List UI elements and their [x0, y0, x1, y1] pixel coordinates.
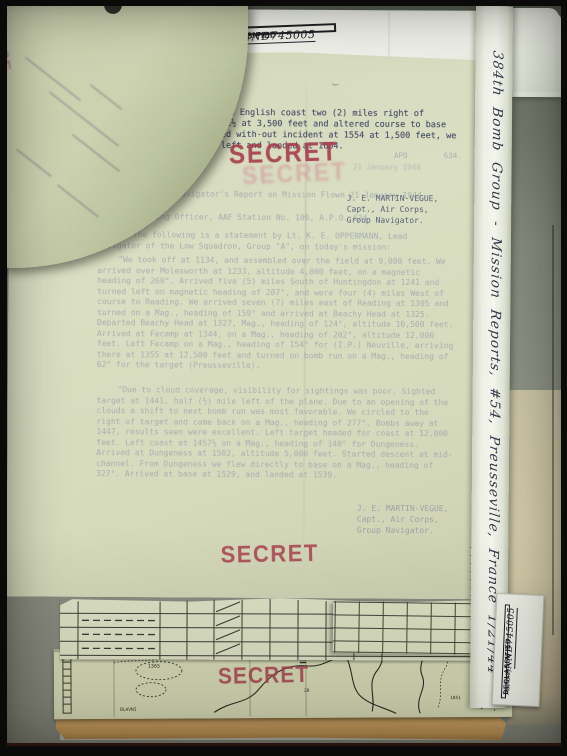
- map-label-1851: 1851: [450, 695, 461, 701]
- authority-label: Authority: [504, 669, 512, 695]
- secret-stamp-map: SECRET: [218, 662, 310, 690]
- signature-name: J. E. MARTIN-VEGUE,: [357, 503, 449, 515]
- staple-mark: [331, 80, 339, 85]
- secret-stamp-bottom: SECRET: [220, 539, 319, 570]
- paper-stack-edge: [552, 225, 554, 635]
- map-label-1365: 1365: [148, 664, 160, 670]
- map-label-blavni: BLAVNI: [120, 707, 137, 713]
- body-paragraph-2: "We took off at 1134, and assembled over…: [97, 255, 456, 373]
- declassified-stamp-bottom: DECLASSIFIED Authority NND745005: [501, 604, 510, 698]
- signature-rank: Capt., Air Corps,: [357, 514, 439, 526]
- curled-page: SE: [0, 0, 248, 268]
- signature-title: Group Navigator.: [357, 525, 434, 536]
- map-label-20: 20: [304, 688, 310, 694]
- declassified-card-bottom: DECLASSIFIED Authority NND745005: [492, 593, 545, 707]
- photo-frame-bottom: [0, 746, 567, 756]
- curled-page-body: [0, 0, 248, 268]
- photo-frame-right: [561, 0, 567, 756]
- photo-frame-top: [0, 0, 567, 6]
- signature-block-bottom: J. E. MARTIN-VEGUE, Capt., Air Corps, Gr…: [357, 481, 386, 536]
- photo-frame-left: [0, 0, 7, 756]
- authority-number-handwritten: NND745005: [504, 607, 518, 669]
- photo-of-declassified-document: 1365 BLAVNI 1851 20 SECRET: [0, 0, 567, 756]
- declassified-authority-row: Authority NND745005: [503, 669, 513, 695]
- authority-number-handwritten: NND745005: [241, 28, 316, 45]
- ghost-apo-line: APO 634.: [394, 151, 462, 160]
- secret-stamp-ghost: SECRET: [241, 156, 348, 191]
- body-paragraph-3: "Due to cloud coverage, visibility for s…: [96, 385, 455, 482]
- white-sheet-corner: [508, 8, 559, 92]
